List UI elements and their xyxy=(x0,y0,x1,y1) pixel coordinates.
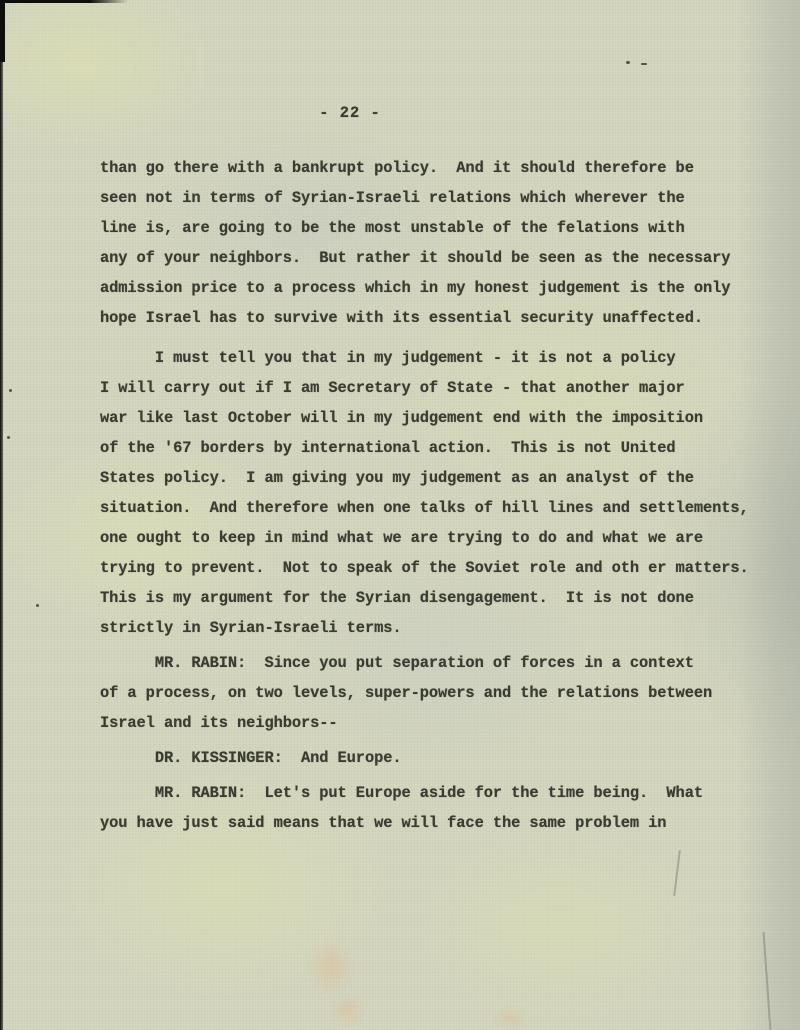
paragraph: than go there with a bankrupt policy. An… xyxy=(100,153,780,333)
scan-edge-left-corner xyxy=(0,0,5,62)
scan-edge-top xyxy=(0,0,128,3)
text-line: DR. KISSINGER: And Europe. xyxy=(100,743,780,773)
text-line: seen not in terms of Syrian-Israeli rela… xyxy=(100,183,780,213)
ink-speck xyxy=(626,61,630,64)
text-line: I will carry out if I am Secretary of St… xyxy=(100,373,780,403)
text-line: any of your neighbors. But rather it sho… xyxy=(100,243,780,273)
ink-speck xyxy=(7,436,10,439)
paper-crease xyxy=(673,850,680,896)
paper-stain xyxy=(308,938,354,996)
text-line: of a process, on two levels, super-power… xyxy=(100,678,780,708)
text-line: line is, are going to be the most unstab… xyxy=(100,213,780,243)
text-line: admission price to a process which in my… xyxy=(100,273,780,303)
text-line: States policy. I am giving you my judgem… xyxy=(100,463,780,493)
text-line: trying to prevent. Not to speak of the S… xyxy=(100,553,780,583)
page-number: - 22 - xyxy=(0,104,700,122)
text-line: of the '67 borders by international acti… xyxy=(100,433,780,463)
paragraph: MR. RABIN: Since you put separation of f… xyxy=(100,648,780,738)
ink-speck xyxy=(9,389,12,392)
text-line: one ought to keep in mind what we are tr… xyxy=(100,523,780,553)
text-body: than go there with a bankrupt policy. An… xyxy=(100,153,780,838)
paper-stain xyxy=(330,995,364,1027)
text-line: strictly in Syrian-Israeli terms. xyxy=(100,613,780,643)
paragraph: I must tell you that in my judgement - i… xyxy=(100,343,780,643)
text-line: hope Israel has to survive with its esse… xyxy=(100,303,780,333)
text-line: This is my argument for the Syrian disen… xyxy=(100,583,780,613)
text-line: you have just said means that we will fa… xyxy=(100,808,780,838)
text-line: MR. RABIN: Since you put separation of f… xyxy=(100,648,780,678)
paragraph: MR. RABIN: Let's put Europe aside for th… xyxy=(100,778,780,838)
paragraph: DR. KISSINGER: And Europe. xyxy=(100,743,780,773)
paper-stain xyxy=(495,1008,525,1028)
ink-speck xyxy=(641,63,647,65)
paper-crease xyxy=(763,932,771,1030)
scan-edge-left xyxy=(0,0,3,1030)
text-line: MR. RABIN: Let's put Europe aside for th… xyxy=(100,778,780,808)
ink-speck xyxy=(36,604,39,607)
text-line: war like last October will in my judgeme… xyxy=(100,403,780,433)
text-line: than go there with a bankrupt policy. An… xyxy=(100,153,780,183)
text-line: I must tell you that in my judgement - i… xyxy=(100,343,780,373)
document-page: - 22 - than go there with a bankrupt pol… xyxy=(0,0,800,1030)
text-line: Israel and its neighbors-- xyxy=(100,708,780,738)
text-line: situation. And therefore when one talks … xyxy=(100,493,780,523)
